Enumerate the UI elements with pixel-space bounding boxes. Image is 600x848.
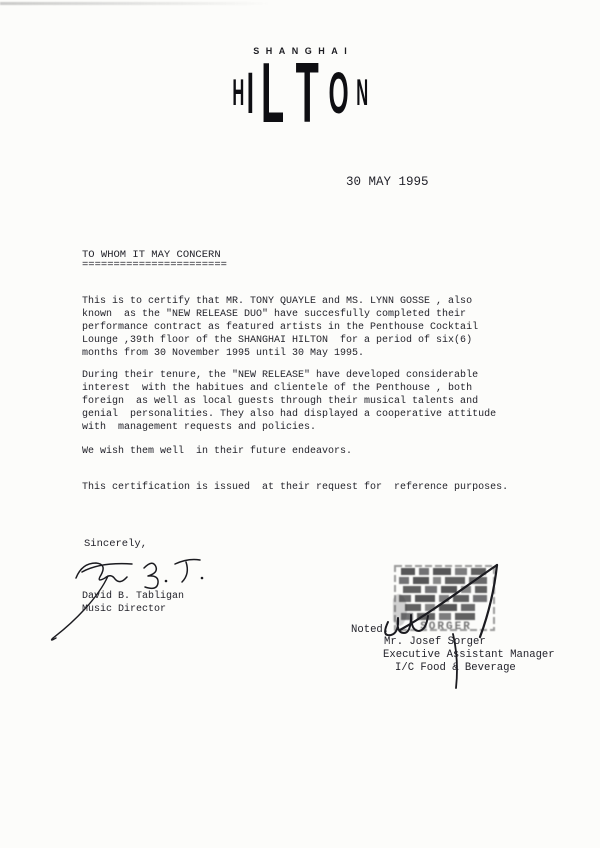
paragraph-4: This certification is issued at their re… [82,481,508,494]
letter-page: SHANGHAI H I L T O N 30 MAY 1995 TO WHOM… [0,0,600,848]
paragraph-3: We wish them well in their future endeav… [82,445,352,458]
logo-letter: H [232,80,244,107]
signer-title: Music Director [82,603,166,616]
logo-letter: I [247,73,254,115]
noted-name: Mr. Josef Sorger [384,636,486,649]
paragraph-1: This is to certify that MR. TONY QUAYLE … [82,295,478,360]
letter-date: 30 MAY 1995 [346,176,429,189]
salutation-underline: ======================= [82,259,227,272]
paragraph-2: During their tenure, the "NEW RELEASE" h… [82,369,496,434]
logo-letter: T [295,63,318,124]
logo-letter: N [356,80,368,107]
noted-title-1: Executive Assistant Manager [383,649,555,662]
logo-letter: L [261,63,284,124]
signer-name: David B. Tabligan [82,590,184,603]
logo-letter: O [329,73,349,115]
logo-hotel-name: H I L T O N [84,63,516,124]
scan-edge-artifact [0,2,270,5]
noted-title-2: I/C Food & Beverage [395,662,516,675]
hotel-logo: SHANGHAI H I L T O N [0,46,600,124]
